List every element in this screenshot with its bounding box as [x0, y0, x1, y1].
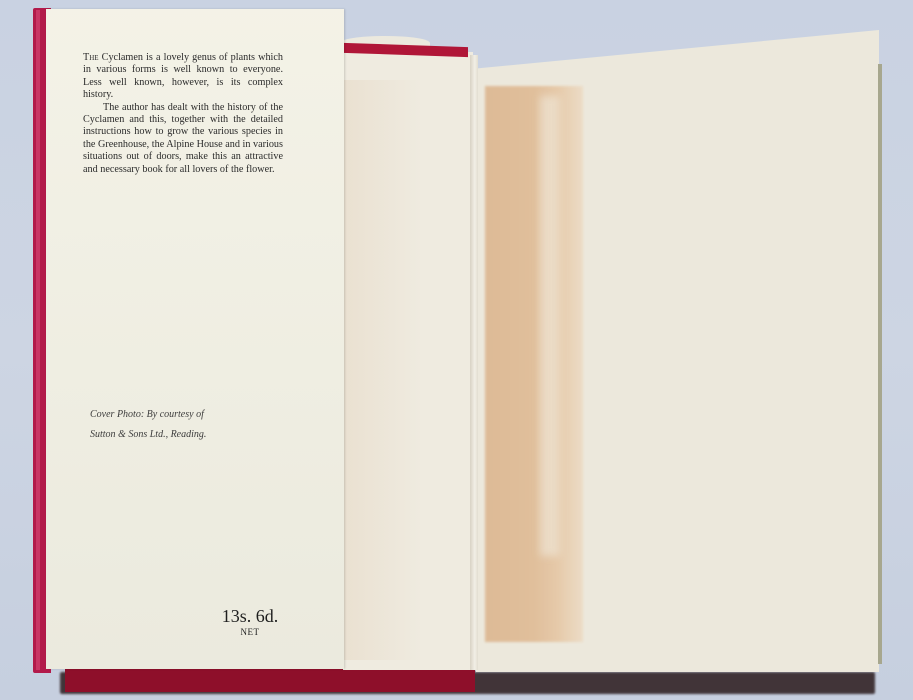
blurb-paragraph-1-text: Cyclamen is a lovely genus of plants whi… — [83, 52, 283, 100]
endpaper-shading — [343, 80, 423, 660]
blurb-paragraph-1: The Cyclamen is a lovely genus of plants… — [83, 52, 283, 102]
price-amount: 13s. 6d. — [210, 606, 290, 626]
credit-line-2: Sutton & Sons Ltd., Reading. — [90, 425, 290, 445]
cover-photo-credit: Cover Photo: By courtesy of Sutton & Son… — [90, 405, 290, 445]
price-block: 13s. 6d. NET — [210, 606, 290, 638]
blurb-lead-word: The — [83, 52, 99, 63]
price-net-label: NET — [210, 626, 290, 638]
flap-blurb: The Cyclamen is a lovely genus of plants… — [83, 52, 283, 176]
cover-highlight — [36, 10, 40, 670]
stain-light-patch — [540, 96, 560, 556]
credit-line-1: Cover Photo: By courtesy of — [90, 405, 290, 425]
cover-board-bottom-edge — [65, 668, 475, 692]
blurb-paragraph-2: The author has dealt with the history of… — [83, 102, 283, 176]
right-cover-edge — [878, 64, 882, 664]
book-gutter — [470, 55, 478, 670]
foxing-stain — [485, 86, 583, 642]
